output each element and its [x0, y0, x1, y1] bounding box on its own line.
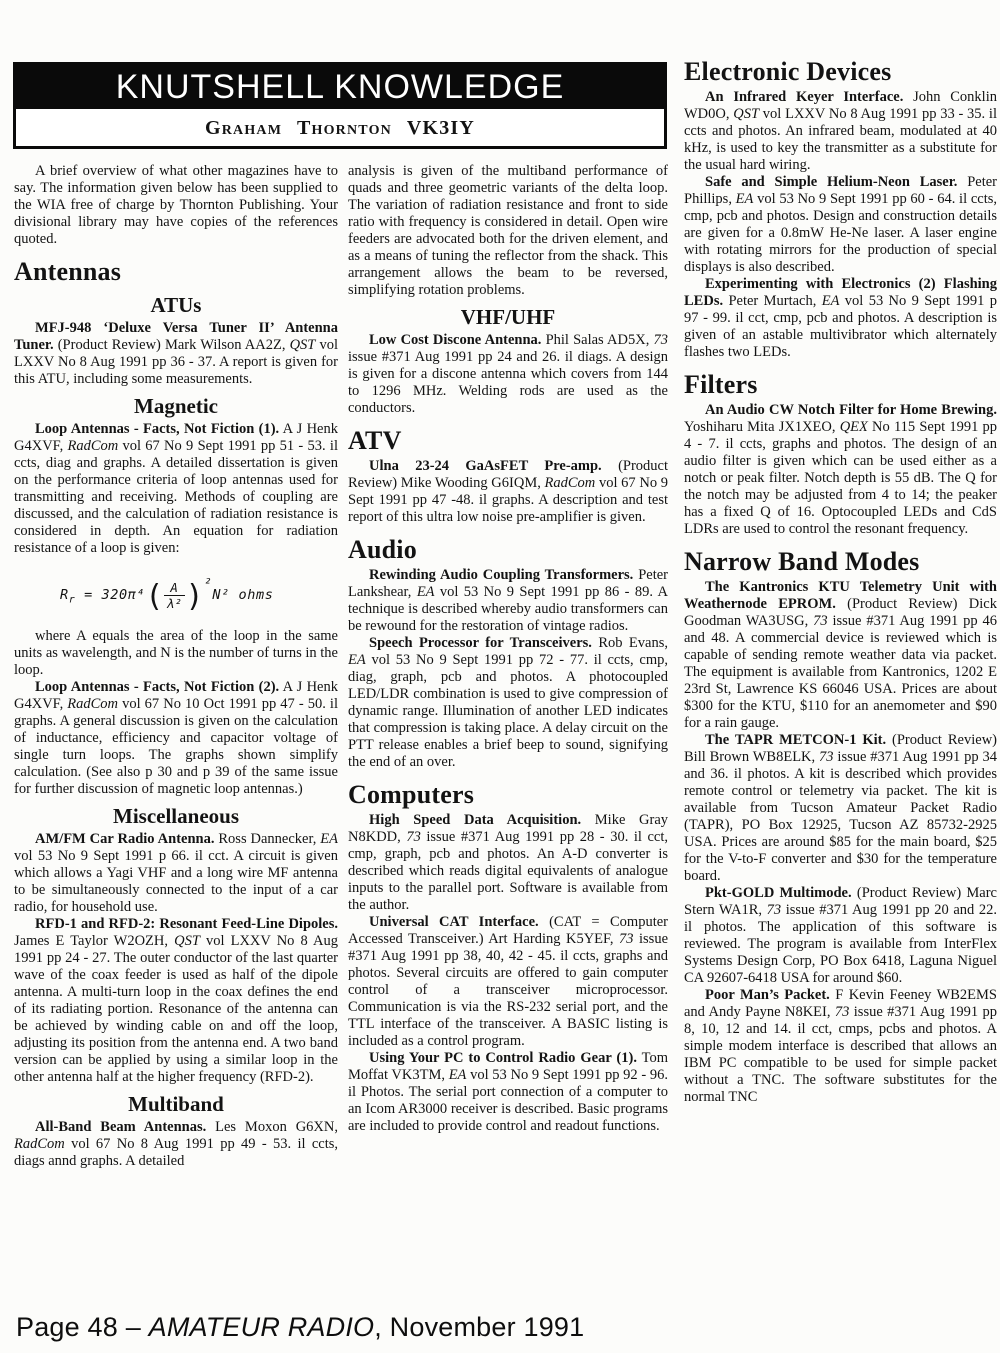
entry-paragraph: All-Band Beam Antennas. Les Moxon G6XN, …	[14, 1119, 338, 1170]
entry-paragraph: Safe and Simple Helium-Neon Laser. Peter…	[684, 174, 997, 276]
entry-paragraph: Poor Man’s Packet. F Kevin Feeney WB2EMS…	[684, 987, 997, 1106]
section-heading: ATV	[348, 426, 668, 456]
column-1: A brief overview of what other magazines…	[14, 163, 338, 1311]
entry-paragraph: Using Your PC to Control Radio Gear (1).…	[348, 1050, 668, 1135]
section-heading: Computers	[348, 780, 668, 810]
subsection-heading: Multiband	[14, 1092, 338, 1117]
entry-paragraph: Loop Antennas - Facts, Not Fiction (2). …	[14, 679, 338, 798]
entry-paragraph: MFJ-948 ‘Deluxe Versa Tuner II’ Antenna …	[14, 320, 338, 388]
section-heading: Electronic Devices	[684, 57, 997, 87]
entry-paragraph: The TAPR METCON-1 Kit. (Product Review) …	[684, 732, 997, 885]
entry-paragraph: Low Cost Discone Antenna. Phil Salas AD5…	[348, 332, 668, 417]
entry-paragraph: An Audio CW Notch Filter for Home Brewin…	[684, 402, 997, 538]
section-heading: Narrow Band Modes	[684, 547, 997, 577]
column-3: Electronic DevicesAn Infrared Keyer Inte…	[684, 57, 997, 1347]
subsection-heading: Magnetic	[14, 394, 338, 419]
entry-paragraph: The Kantronics KTU Telemetry Unit with W…	[684, 579, 997, 732]
article-title: KNUTSHELL KNOWLEDGE	[116, 68, 565, 106]
subsection-heading: ATUs	[14, 293, 338, 318]
section-heading: Filters	[684, 370, 997, 400]
author-byline: Graham Thornton VK3IY	[16, 109, 664, 146]
magazine-page: KNUTSHELL KNOWLEDGE Graham Thornton VK3I…	[0, 0, 1000, 1353]
fraction: Aλ²	[164, 580, 184, 611]
article-header: KNUTSHELL KNOWLEDGE Graham Thornton VK3I…	[13, 62, 667, 149]
article-title-banner: KNUTSHELL KNOWLEDGE	[16, 65, 664, 109]
radiation-resistance-equation: Rr = 320π⁴(Aλ²)²N² ohms	[60, 563, 338, 622]
subsection-heading: VHF/UHF	[348, 305, 668, 330]
entry-paragraph: High Speed Data Acquisition. Mike Gray N…	[348, 812, 668, 914]
intro-paragraph: A brief overview of what other magazines…	[14, 163, 338, 248]
entry-paragraph: Ulna 23-24 GaAsFET Pre-amp. (Product Rev…	[348, 458, 668, 526]
continuation-paragraph: analysis is given of the multiband perfo…	[348, 163, 668, 299]
section-heading: Audio	[348, 535, 668, 565]
subsection-heading: Miscellaneous	[14, 804, 338, 829]
entry-paragraph: AM/FM Car Radio Antenna. Ross Dannecker,…	[14, 831, 338, 916]
entry-paragraph: Universal CAT Interface. (CAT = Computer…	[348, 914, 668, 1050]
entry-paragraph: RFD-1 and RFD-2: Resonant Feed-Line Dipo…	[14, 916, 338, 1086]
entry-paragraph: Pkt-GOLD Multimode. (Product Review) Mar…	[684, 885, 997, 987]
entry-paragraph: Experimenting with Electronics (2) Flash…	[684, 276, 997, 361]
section-heading: Antennas	[14, 257, 338, 287]
page-footer: Page 48 – AMATEUR RADIO, November 1991	[16, 1312, 584, 1343]
entry-paragraph: Rewinding Audio Coupling Transformers. P…	[348, 567, 668, 635]
entry-paragraph: where A equals the area of the loop in t…	[14, 628, 338, 679]
column-2: analysis is given of the multiband perfo…	[348, 163, 668, 1311]
entry-paragraph: Speech Processor for Transceivers. Rob E…	[348, 635, 668, 771]
entry-paragraph: An Infrared Keyer Interface. John Conkli…	[684, 89, 997, 174]
entry-paragraph: Loop Antennas - Facts, Not Fiction (1). …	[14, 421, 338, 557]
